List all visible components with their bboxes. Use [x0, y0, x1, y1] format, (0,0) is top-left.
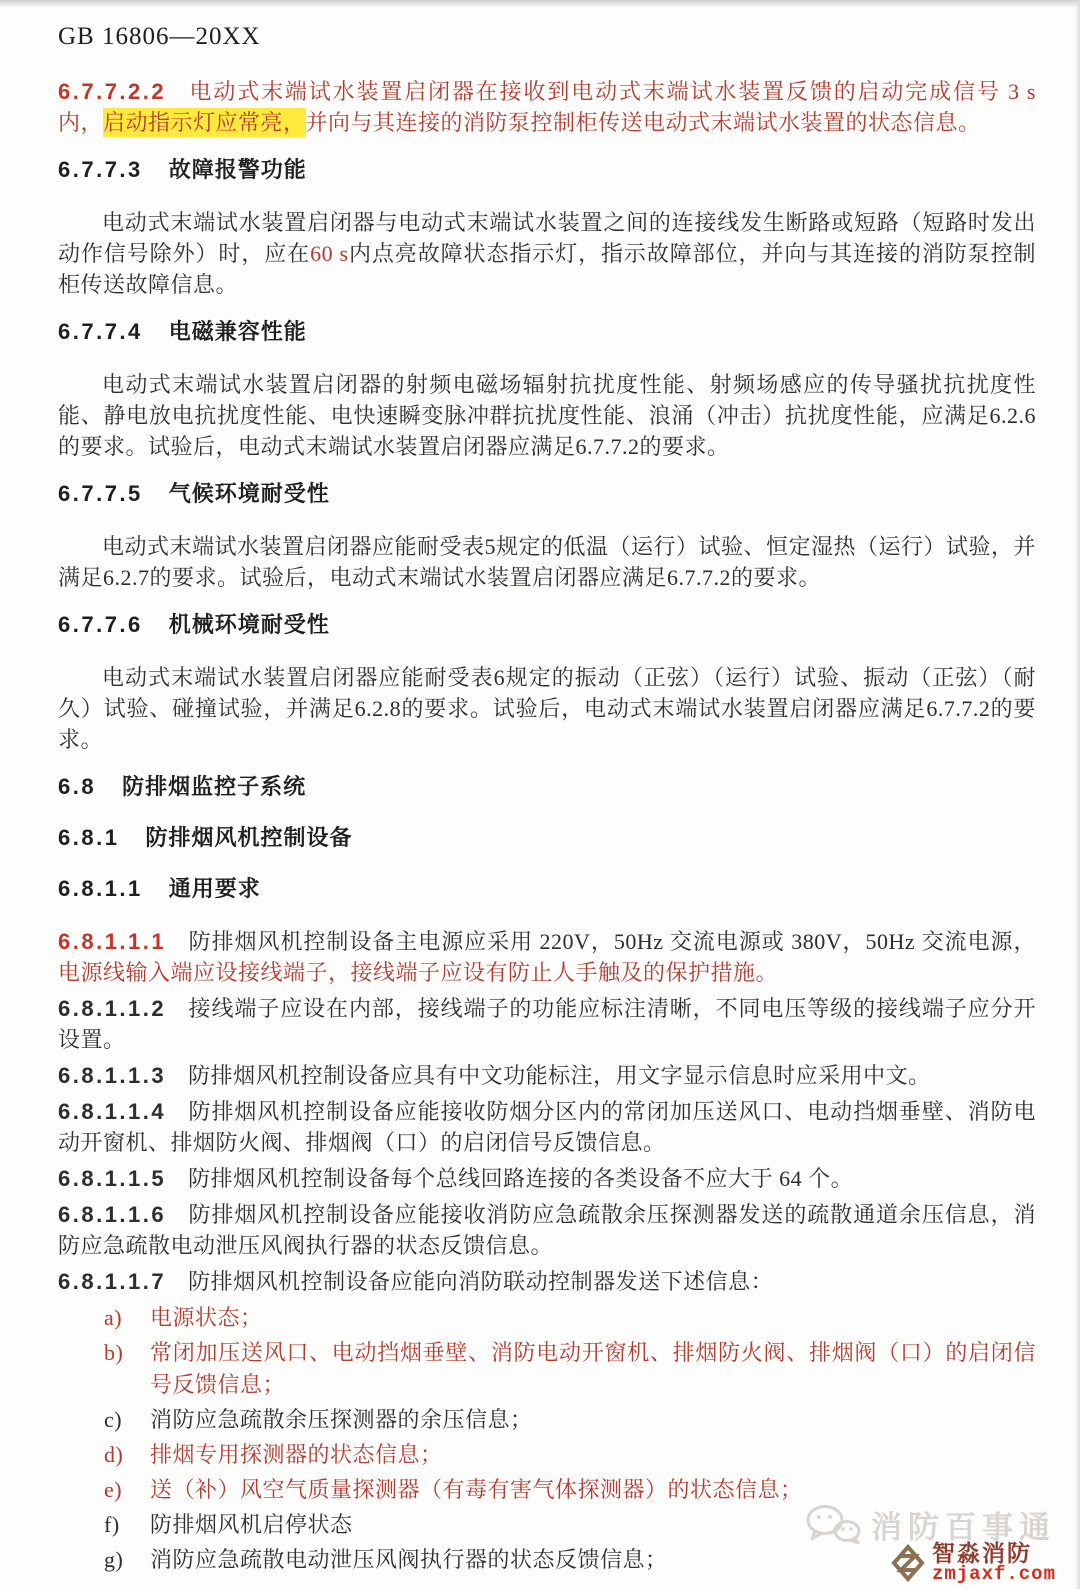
brand-diamond-logo-icon	[891, 1544, 925, 1582]
heading-title: 故障报警功能	[169, 157, 307, 182]
clause-text: 防排烟风机控制设备应具有中文功能标注，用文字显示信息时应采用中文。	[188, 1063, 931, 1088]
clause-number: 6.8.1.1.5	[58, 1166, 166, 1191]
heading-6-7-7-4: 6.7.7.4电磁兼容性能	[58, 318, 1036, 345]
heading-number: 6.7.7.4	[58, 319, 143, 344]
list-item-c: c)消防应急疏散余压探测器的余压信息；	[58, 1404, 1036, 1436]
list-item-b: b)常闭加压送风口、电动挡烟垂壁、消防电动开窗机、排烟防火阀、排烟阀（口）的启闭…	[58, 1337, 1036, 1401]
item-text: 排烟专用探测器的状态信息；	[150, 1439, 1036, 1471]
document-page: GB 16806—20XX 6.7.7.2.2电动式末端试水装置启闭器在接收到电…	[0, 0, 1080, 1589]
heading-6-7-7-5: 6.7.7.5气候环境耐受性	[58, 480, 1036, 507]
brand-website: zmjaxf.com	[932, 1565, 1056, 1585]
item-letter: d)	[104, 1439, 150, 1471]
heading-6-8-1: 6.8.1防排烟风机控制设备	[58, 824, 1036, 851]
clause-text: 并向与其连接的消防泵控制柜传送电动式末端试水装置的状态信息。	[306, 110, 981, 135]
clause-text: 防排烟风机控制设备应能接收防烟分区内的常闭加压送风口、电动挡烟垂壁、消防电动开窗…	[58, 1099, 1036, 1155]
heading-number: 6.8.1.1	[58, 876, 143, 901]
item-text: 常闭加压送风口、电动挡烟垂壁、消防电动开窗机、排烟防火阀、排烟阀（口）的启闭信号…	[150, 1337, 1036, 1401]
heading-number: 6.7.7.5	[58, 481, 143, 506]
clause-6-8-1-1-7: 6.8.1.1.7防排烟风机控制设备应能向消防联动控制器发送下述信息：	[58, 1266, 1036, 1297]
list-item-a: a)电源状态；	[58, 1302, 1036, 1334]
red-duration-value: 60 s	[310, 241, 348, 266]
para-6-7-7-6: 电动式末端试水装置启闭器应能耐受表6规定的振动（正弦）（运行）试验、振动（正弦）…	[58, 662, 1036, 755]
item-letter: b)	[104, 1337, 150, 1401]
list-item-d: d)排烟专用探测器的状态信息；	[58, 1439, 1036, 1471]
heading-number: 6.8	[58, 774, 96, 799]
heading-6-7-7-3: 6.7.7.3故障报警功能	[58, 156, 1036, 183]
heading-title: 电磁兼容性能	[169, 319, 307, 344]
brand-text-block: 智淼消防 zmjaxf.com	[932, 1541, 1056, 1585]
clause-6-8-1-1-5: 6.8.1.1.5防排烟风机控制设备每个总线回路连接的各类设备不应大于 64 个…	[58, 1163, 1036, 1194]
heading-title: 通用要求	[169, 876, 261, 901]
clause-6-8-1-1-1: 6.8.1.1.1防排烟风机控制设备主电源应采用 220V，50Hz 交流电源或…	[58, 926, 1036, 988]
brand-name: 智淼消防	[932, 1541, 1032, 1565]
item-text: 消防应急疏散余压探测器的余压信息；	[150, 1404, 1036, 1436]
clause-number: 6.8.1.1.1	[58, 929, 166, 954]
heading-title: 防排烟监控子系统	[122, 774, 306, 799]
item-letter: e)	[104, 1474, 150, 1506]
heading-title: 防排烟风机控制设备	[145, 825, 352, 850]
clause-number: 6.8.1.1.4	[58, 1099, 166, 1124]
item-letter: f)	[104, 1509, 150, 1541]
clause-text: 防排烟风机控制设备每个总线回路连接的各类设备不应大于 64 个。	[188, 1166, 853, 1191]
clause-6-8-1-1-4: 6.8.1.1.4防排烟风机控制设备应能接收防烟分区内的常闭加压送风口、电动挡烟…	[58, 1096, 1036, 1158]
clause-red-text: 电源线输入端应设接线端子，接线端子应设有防止人手触及的保护措施。	[58, 960, 778, 985]
page-top-scan-edge	[0, 0, 1080, 8]
heading-number: 6.7.7.6	[58, 612, 143, 637]
brand-mark: 智淼消防 zmjaxf.com	[805, 1541, 1056, 1585]
highlighted-phrase: 启动指示灯应常亮，	[103, 108, 306, 137]
item-letter: g)	[104, 1544, 150, 1576]
clause-text: 防排烟风机控制设备应能接收消防应急疏散余压探测器发送的疏散通道余压信息，消防应急…	[58, 1202, 1036, 1258]
para-6-7-7-5: 电动式末端试水装置启闭器应能耐受表5规定的低温（运行）试验、恒定湿热（运行）试验…	[58, 531, 1036, 593]
clause-6-8-1-1-2: 6.8.1.1.2接线端子应设在内部，接线端子的功能应标注清晰，不同电压等级的接…	[58, 993, 1036, 1055]
para-6-7-7-4: 电动式末端试水装置启闭器的射频电磁场辐射抗扰度性能、射频场感应的传导骚扰抗扰度性…	[58, 369, 1036, 462]
heading-title: 气候环境耐受性	[169, 481, 330, 506]
clause-number: 6.8.1.1.6	[58, 1202, 166, 1227]
item-letter: c)	[104, 1404, 150, 1436]
heading-6-7-7-6: 6.7.7.6机械环境耐受性	[58, 611, 1036, 638]
clause-6-8-1-1-3: 6.8.1.1.3防排烟风机控制设备应具有中文功能标注，用文字显示信息时应采用中…	[58, 1060, 1036, 1091]
clause-text: 防排烟风机控制设备应能向消防联动控制器发送下述信息：	[188, 1269, 773, 1294]
heading-title: 机械环境耐受性	[169, 612, 330, 637]
item-letter: a)	[104, 1302, 150, 1334]
clause-6-7-7-2-2: 6.7.7.2.2电动式末端试水装置启闭器在接收到电动式末端试水装置反馈的启动完…	[58, 76, 1036, 138]
heading-6-8: 6.8防排烟监控子系统	[58, 773, 1036, 800]
standard-number-header: GB 16806—20XX	[58, 22, 1036, 52]
wechat-bubbles-icon	[805, 1504, 863, 1544]
clause-text: 防排烟风机控制设备主电源应采用 220V，50Hz 交流电源或 380V，50H…	[188, 929, 1036, 954]
clause-number: 6.8.1.1.3	[58, 1063, 166, 1088]
clause-text: 接线端子应设在内部，接线端子的功能应标注清晰，不同电压等级的接线端子应分开设置。	[58, 996, 1036, 1052]
heading-number: 6.8.1	[58, 825, 119, 850]
clause-number: 6.7.7.2.2	[58, 79, 166, 104]
clause-number: 6.8.1.1.7	[58, 1269, 166, 1294]
heading-6-8-1-1: 6.8.1.1通用要求	[58, 875, 1036, 902]
para-6-7-7-3: 电动式末端试水装置启闭器与电动式末端试水装置之间的连接线发生断路或短路（短路时发…	[58, 207, 1036, 300]
clause-number: 6.8.1.1.2	[58, 996, 166, 1021]
page-right-scan-edge	[1075, 0, 1080, 1589]
watermark-group: 消防百事通 智淼消防 zmjaxf.com	[805, 1502, 1056, 1585]
item-text: 电源状态；	[150, 1302, 1036, 1334]
heading-number: 6.7.7.3	[58, 157, 143, 182]
clause-6-8-1-1-6: 6.8.1.1.6防排烟风机控制设备应能接收消防应急疏散余压探测器发送的疏散通道…	[58, 1199, 1036, 1261]
